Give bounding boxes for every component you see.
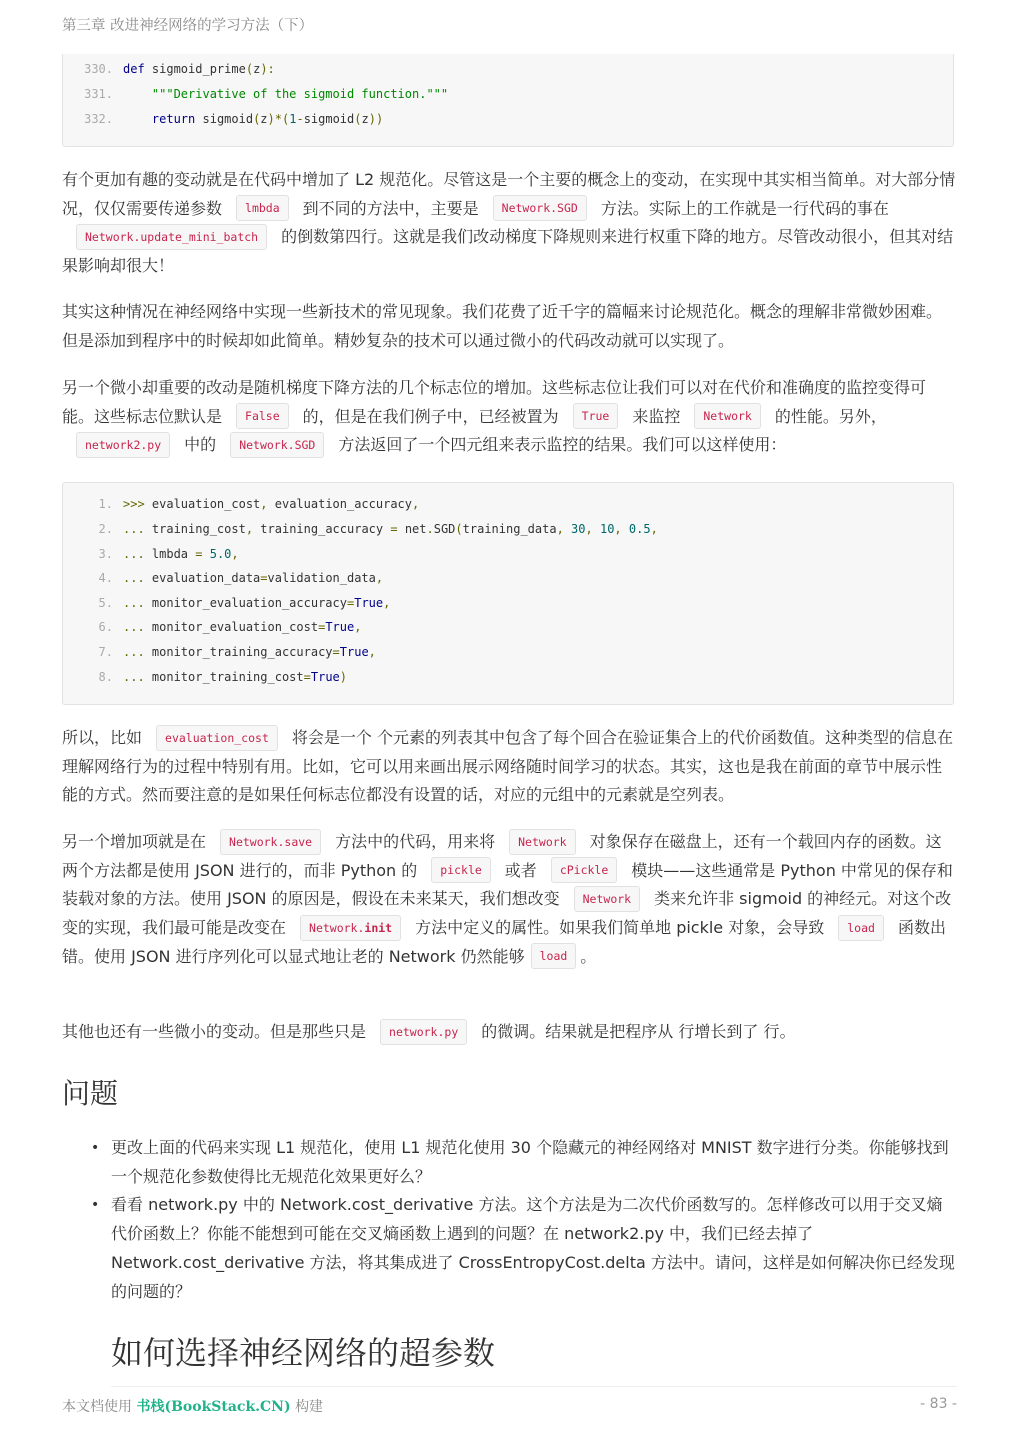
inline-code-pickle: pickle (431, 857, 491, 883)
code-token: training_cost (145, 522, 246, 536)
code-token: ... (123, 547, 145, 561)
code-block-sgd-usage: 1.>>> evaluation_cost, evaluation_accura… (62, 482, 954, 705)
text: init (364, 921, 392, 935)
code-token: z (362, 112, 369, 126)
line-number: 5. (63, 595, 113, 611)
code-token: - (296, 112, 303, 126)
text: 方法。实际上的工作就是一行代码的事在 (601, 199, 889, 218)
code-token: 5.0 (210, 547, 232, 561)
code-token: True (354, 596, 383, 610)
code-line: 331. """Derivative of the sigmoid functi… (63, 86, 448, 102)
text: 所以，比如 (62, 728, 142, 747)
text: 中的 (184, 435, 216, 454)
code-token: lmbda (145, 547, 196, 561)
code-token: , (231, 547, 238, 561)
paragraph-evaluation-cost: 所以，比如evaluation_cost将会是一个 个元素的列表其中包含了每个回… (62, 724, 957, 810)
bullet-icon: • (91, 1134, 99, 1163)
paragraph-minor-changes: 其他也还有一些微小的变动。但是那些只是network.py的微调。结果就是把程序… (62, 1018, 957, 1047)
line-number: 4. (63, 570, 113, 586)
inline-code-evaluation-cost: evaluation_cost (156, 725, 278, 751)
code-token: z (260, 112, 267, 126)
code-token: monitor_training_accuracy (145, 645, 333, 659)
code-line: 3.... lmbda = 5.0, (63, 546, 239, 562)
code-token: ) (340, 670, 347, 684)
code-token: ... (123, 522, 145, 536)
code-token: = (333, 645, 340, 659)
code-token: , (586, 522, 593, 536)
code-token: sigmoid (304, 112, 355, 126)
code-line: 332. return sigmoid(z)*(1-sigmoid(z)) (63, 111, 383, 127)
text: 另一个增加项就是在 (62, 832, 206, 851)
code-token: monitor_training_cost (145, 670, 304, 684)
code-token: = (304, 670, 311, 684)
code-token: ... (123, 645, 145, 659)
code-token: ... (123, 670, 145, 684)
code-block-sigmoid-prime: 330.def sigmoid_prime(z): 331. """Deriva… (62, 54, 954, 147)
text: 。 (580, 947, 596, 966)
page-number: - 83 - (920, 1396, 957, 1412)
inline-code-network-init: Network.init (300, 915, 401, 941)
footer-divider (111, 1386, 957, 1387)
code-token: evaluation_accuracy (268, 497, 413, 511)
code-token: = (195, 547, 202, 561)
text: 的性能。另外， (775, 407, 887, 426)
line-number: 331. (63, 86, 113, 102)
code-token: >>> (123, 497, 145, 511)
line-number: 2. (63, 521, 113, 537)
code-token: sigmoid_prime (145, 62, 246, 76)
bullet-icon: • (91, 1191, 99, 1220)
text: 其实这种情况在神经网络中实现一些新技术的常见现象。我们花费了近千字的篇幅来讨论规… (62, 302, 942, 350)
paragraph-save-load: 另一个增加项就是在Network.save方法中的代码，用来将Network对象… (62, 828, 957, 972)
code-token (123, 87, 152, 101)
line-number: 7. (63, 644, 113, 660)
inline-code-network-py: network.py (380, 1019, 467, 1045)
code-line: 330.def sigmoid_prime(z): (63, 61, 275, 77)
text: 到不同的方法中，主要是 (303, 199, 479, 218)
code-token (123, 112, 152, 126)
bookstack-link[interactable]: 书栈(BookStack.CN) (136, 1399, 290, 1415)
code-token: True (325, 620, 354, 634)
code-token: SGD (434, 522, 456, 536)
code-token: monitor_evaluation_accuracy (145, 596, 347, 610)
inline-code-network2-py: network2.py (76, 432, 170, 458)
code-token (622, 522, 629, 536)
code-token: evaluation_data (145, 571, 261, 585)
code-line: 4.... evaluation_data=validation_data, (63, 570, 383, 586)
next-section-title: 如何选择神经网络的超参数 (111, 1328, 495, 1374)
inline-code-network-sgd: Network.SGD (230, 432, 324, 458)
inline-code-update-mini-batch: Network.update_mini_batch (76, 224, 267, 250)
inline-code-true: True (573, 403, 619, 429)
inline-code-network: Network (694, 403, 760, 429)
code-line: 7.... monitor_training_accuracy=True, (63, 644, 376, 660)
code-token: ... (123, 620, 145, 634)
problem-item: • 看看 network.py 中的 Network.cost_derivati… (111, 1191, 957, 1306)
code-token: ... (123, 571, 145, 585)
inline-code-network: Network (574, 886, 640, 912)
code-token: = (260, 571, 267, 585)
code-token: 0.5 (629, 522, 651, 536)
text: 的，但是在我们例子中，已经被置为 (303, 407, 559, 426)
code-token: ( (354, 112, 361, 126)
code-token: 10 (600, 522, 614, 536)
code-token: , (412, 497, 419, 511)
code-token: ( (455, 522, 462, 536)
inline-code-load: load (531, 943, 577, 969)
problems-heading: 问题 (62, 1072, 118, 1112)
line-number: 1. (63, 496, 113, 512)
code-token: , (376, 571, 383, 585)
problem-item: • 更改上面的代码来实现 L1 规范化，使用 L1 规范化使用 30 个隐藏元的… (111, 1134, 957, 1191)
code-token: evaluation_cost (145, 497, 261, 511)
footer-credit: 本文档使用 书栈(BookStack.CN) 构建 (62, 1396, 323, 1416)
code-token: )) (369, 112, 383, 126)
code-token (203, 547, 210, 561)
text: 方法中的代码，用来将 (335, 832, 495, 851)
code-token: ): (260, 62, 274, 76)
code-token: training_data (463, 522, 557, 536)
code-token: , (557, 522, 564, 536)
inline-code-lmbda: lmbda (236, 195, 289, 221)
code-token: = (390, 522, 397, 536)
code-token: . (427, 522, 434, 536)
paragraph-monitoring-flags: 另一个微小却重要的改动是随机梯度下降方法的几个标志位的增加。这些标志位让我们可以… (62, 374, 957, 460)
code-token: , (246, 522, 253, 536)
code-token: , (369, 645, 376, 659)
code-token: ... (123, 596, 145, 610)
running-header: 第三章 改进神经网络的学习方法（下） (62, 14, 313, 35)
code-token: monitor_evaluation_cost (145, 620, 318, 634)
text: 的微调。结果就是把程序从 行增长到了 行。 (481, 1022, 795, 1041)
paragraph-l2-regularization: 有个更加有趣的变动就是在代码中增加了 L2 规范化。尽管这是一个主要的概念上的变… (62, 166, 957, 281)
line-number: 332. (63, 111, 113, 127)
code-token: net (398, 522, 427, 536)
code-token: ( (246, 62, 253, 76)
code-token: def (123, 62, 145, 76)
line-number: 330. (63, 61, 113, 77)
text: 方法返回了一个四元组来表示监控的结果。我们可以这样使用： (338, 435, 786, 454)
text: 或者 (505, 861, 537, 880)
code-token: 30 (571, 522, 585, 536)
code-token: )*( (268, 112, 290, 126)
code-token: validation_data (268, 571, 376, 585)
text: 构建 (295, 1399, 323, 1415)
line-number: 6. (63, 619, 113, 635)
code-token (564, 522, 571, 536)
code-token: , (614, 522, 621, 536)
text: 方法中定义的属性。如果我们简单地 pickle 对象，会导致 (415, 918, 824, 937)
code-token: , (354, 620, 361, 634)
text: 其他也还有一些微小的变动。但是那些只是 (62, 1022, 366, 1041)
code-token: """Derivative of the sigmoid function.""… (152, 87, 448, 101)
line-number: 8. (63, 669, 113, 685)
code-line: 6.... monitor_evaluation_cost=True, (63, 619, 361, 635)
inline-code-cpickle: cPickle (551, 857, 617, 883)
problem-text: 更改上面的代码来实现 L1 规范化，使用 L1 规范化使用 30 个隐藏元的神经… (111, 1138, 949, 1186)
code-line: 1.>>> evaluation_cost, evaluation_accura… (63, 496, 419, 512)
code-token: True (311, 670, 340, 684)
text: 来监控 (632, 407, 680, 426)
problem-text: 看看 network.py 中的 Network.cost_derivative… (111, 1195, 955, 1300)
inline-code-false: False (236, 403, 289, 429)
code-token: , (260, 497, 267, 511)
inline-code-network-sgd: Network.SGD (493, 195, 587, 221)
code-token: return (152, 112, 195, 126)
code-line: 2.... training_cost, training_accuracy =… (63, 521, 658, 537)
code-token: , (651, 522, 658, 536)
paragraph-new-techniques: 其实这种情况在神经网络中实现一些新技术的常见现象。我们花费了近千字的篇幅来讨论规… (62, 298, 957, 355)
code-token: training_accuracy (253, 522, 390, 536)
inline-code-network: Network (509, 829, 575, 855)
code-token: , (383, 596, 390, 610)
code-token (593, 522, 600, 536)
line-number: 3. (63, 546, 113, 562)
code-line: 8.... monitor_training_cost=True) (63, 669, 347, 685)
inline-code-load: load (838, 915, 884, 941)
text: Network. (309, 921, 364, 935)
problems-list: • 更改上面的代码来实现 L1 规范化，使用 L1 规范化使用 30 个隐藏元的… (62, 1134, 957, 1306)
code-line: 5.... monitor_evaluation_accuracy=True, (63, 595, 390, 611)
inline-code-network-save: Network.save (220, 829, 321, 855)
text: 本文档使用 (62, 1399, 132, 1415)
code-token: sigmoid (195, 112, 253, 126)
code-token: True (340, 645, 369, 659)
